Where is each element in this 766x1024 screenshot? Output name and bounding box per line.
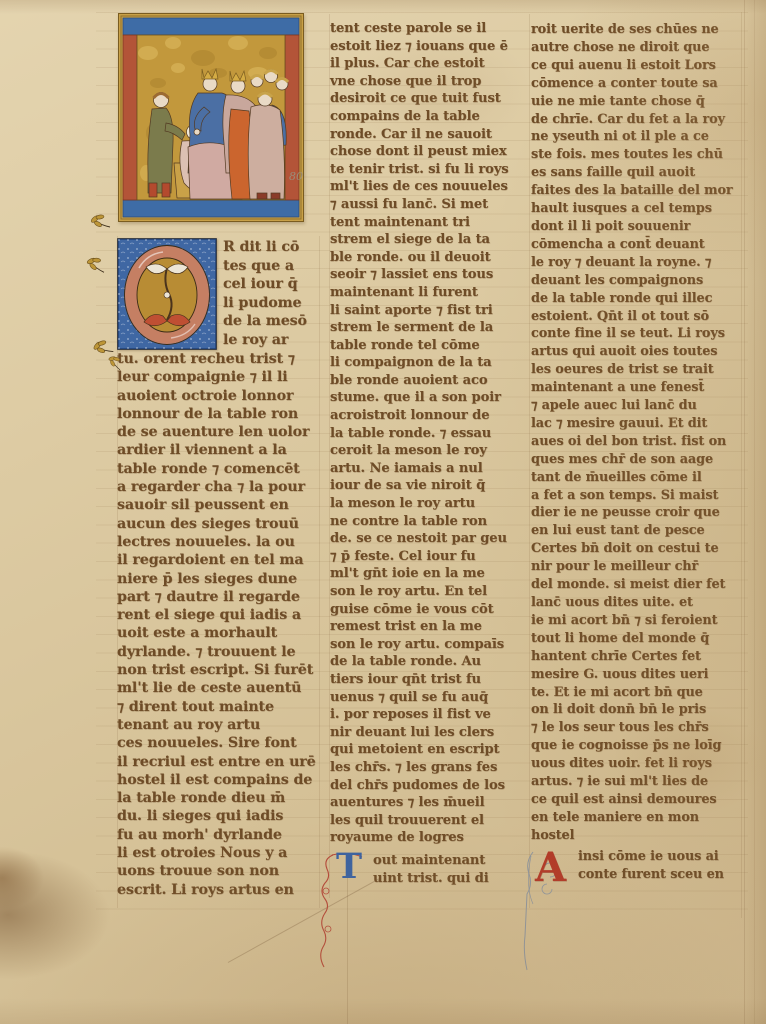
text-line: ie mi acort bn̄ ⁊ si feroient (531, 612, 741, 630)
text-line: son le roy artu. En tel (330, 583, 529, 601)
text-line: royaume de logres (330, 829, 529, 847)
text-line: ble ronde auoient aco (330, 372, 529, 390)
text-line: en tele maniere en mon (531, 809, 741, 827)
text-line: sauoir sil peussent en (117, 496, 321, 514)
column-1-lines: tu. orent recheu trist ⁊leur compaignie … (117, 350, 321, 899)
text-line: artus. ⁊ ie sui ml't lies de (531, 773, 741, 791)
text-line: li est otroies Nous y a (117, 844, 321, 862)
text-line: out maintenant (373, 852, 489, 870)
text-line: auentures ⁊ les m̄ueil (330, 794, 529, 812)
text-line: la table ronde dieu m̄ (117, 789, 321, 807)
text-line: ste fois. mes toutes les chū (531, 146, 741, 164)
text-line: niere p̄ les sieges dune (117, 570, 321, 588)
text-line: uous dites uoir. fet li roys (531, 755, 741, 773)
text-line: ques mes chr̄ de son aage (531, 451, 741, 469)
text-line: cel iour q̄ (223, 275, 307, 294)
text-line: ce quil est ainsi demoures (531, 791, 741, 809)
text-line: le roy ar (223, 331, 307, 350)
text-line: les oeures de trist se trait (531, 361, 741, 379)
text-line: ce qui auenu li estoit Lors (531, 57, 741, 75)
text-line: li compaignon de la ta (330, 354, 529, 372)
paragraph-lines: out maintenantuint trist. qui di (373, 852, 489, 887)
text-line: hantent chrīe Certes fet (531, 648, 741, 666)
text-line: te tenir trist. si fu li roys (330, 161, 529, 179)
text-line: compains de la table (330, 108, 529, 126)
ivy-sprig-icon (89, 213, 111, 235)
column-2-lines: tent ceste parole se ilestoit liez ⁊ iou… (330, 20, 529, 847)
text-line: ne contre la table ron (330, 513, 529, 531)
text-line: il plus. Car che estoit (330, 55, 529, 73)
text-line: a regarder cha ⁊ la pour (117, 478, 321, 496)
text-line: on li doit donn̄ bn̄ le pris (531, 701, 741, 719)
column-3-lines: roit uerite de ses chūes neautre chose n… (531, 21, 741, 845)
text-line: maintenant li furent (330, 284, 529, 302)
text-line: faites des la bataille del mor (531, 182, 741, 200)
text-line: rent el siege qui iadis a (117, 606, 321, 624)
text-line: li saint aporte ⁊ fist tri (330, 302, 529, 320)
text-line: cōmence a conter toute sa (531, 75, 741, 93)
opening-lines: R dit li cōtes que acel iour q̄li pudome… (223, 238, 307, 350)
text-column-2: tent ceste parole se ilestoit liez ⁊ iou… (330, 20, 529, 890)
ruling-line (529, 14, 530, 908)
text-line: roit uerite de ses chūes ne (531, 21, 741, 39)
pen-initial-A: A (531, 848, 573, 894)
text-line: tant de m̄ueilles cōme il (531, 469, 741, 487)
text-line: ronde. Car il ne sauoit (330, 126, 529, 144)
text-line: acroistroit lonnour de (330, 407, 529, 425)
text-line: chose dont il peust miex (330, 143, 529, 161)
text-line: hault iusques a cel temps (531, 200, 741, 218)
text-line: qui metoient en escript (330, 741, 529, 759)
text-line: tenant au roy artu (117, 716, 321, 734)
text-line: ces nouueles. Sire font (117, 734, 321, 752)
text-line: uenus ⁊ quil se fu auq̄ (330, 689, 529, 707)
text-line: li pudome (223, 294, 307, 313)
text-line: la meson le roy artu (330, 495, 529, 513)
text-line: les quil trouuerent el (330, 812, 529, 830)
text-line: ardier il viennent a la (117, 441, 321, 459)
text-line: de chrīe. Car du fet a la roy (531, 111, 741, 129)
text-line: uoit este a morhault (117, 624, 321, 642)
text-line: tent ceste parole se il (330, 20, 529, 38)
text-line: iour de sa vie niroit q̄ (330, 477, 529, 495)
text-line: ble ronde. ou il deuoit (330, 249, 529, 267)
text-line: ⁊ le los seur tous les chr̄s (531, 719, 741, 737)
text-line: remest trist en la me (330, 618, 529, 636)
text-line: il regardoient en tel ma (117, 551, 321, 569)
text-line: son le roy artu. compaīs (330, 636, 529, 654)
text-line: aucun des sieges trouū (117, 515, 321, 533)
initial-letter-T: T (336, 848, 362, 886)
text-line: la table ronde. ⁊ essau (330, 425, 529, 443)
text-line: il recriul est entre en urē (117, 753, 321, 771)
text-line: autre chose ne diroit que (531, 39, 741, 57)
text-line: cōmencha a cont̄ deuant (531, 236, 741, 254)
text-line: ⁊ apele auec lui lanc̄ du (531, 397, 741, 415)
text-line: ml't gn̄t ioie en la me (330, 565, 529, 583)
manuscript-page: 80 (0, 0, 766, 1024)
text-line: de la table ronde qui illec (531, 290, 741, 308)
text-line: R dit li cō (223, 238, 307, 257)
text-line: tent maintenant tri (330, 214, 529, 232)
text-line: dyrlande. ⁊ trouuent le (117, 643, 321, 661)
parchment-crease (744, 0, 745, 1024)
text-line: que ie cognoisse p̄s ne loīg (531, 737, 741, 755)
text-line: nir deuant lui les clers (330, 724, 529, 742)
text-column-3: roit uerite de ses chūes neautre chose n… (531, 21, 741, 894)
text-line: lanc̄ uous dites uite. et (531, 594, 741, 612)
text-line: ⁊ p̄ feste. Cel iour fu (330, 548, 529, 566)
text-line: insi cōme ie uous ai (578, 848, 724, 866)
text-line: seoir ⁊ lassiet ens tous (330, 266, 529, 284)
text-line: le roy ⁊ deuant la royne. ⁊ (531, 254, 741, 272)
text-line: lectres nouueles. la ou (117, 533, 321, 551)
text-line: hostel (531, 827, 741, 845)
text-line: leur compaignie ⁊ il li (117, 368, 321, 386)
text-line: ⁊ dirent tout mainte (117, 698, 321, 716)
text-line: ml't lie de ceste auentū (117, 679, 321, 697)
text-line: uint trist. qui di (373, 870, 489, 888)
text-line: uons trouue son non (117, 862, 321, 880)
text-line: escrit. Li roys artus en (117, 881, 321, 899)
miniature-court-scene (118, 13, 304, 222)
text-line: lac ⁊ mesire gauui. Et dit (531, 415, 741, 433)
text-line: tout li home del monde q̄ (531, 630, 741, 648)
monk-robe (248, 105, 284, 199)
text-line: del monde. si meist dier fet (531, 576, 741, 594)
text-line: es sans faille quil auoit (531, 164, 741, 182)
initial-letter-A: A (535, 845, 566, 891)
text-line: mesire G. uous dites ueri (531, 666, 741, 684)
ruling-line (741, 12, 742, 918)
parchment-crease (754, 0, 755, 1024)
text-line: non trist escript. Si furēt (117, 661, 321, 679)
text-line: artus qui auoit oies toutes (531, 343, 741, 361)
text-line: strem le serment de la (330, 319, 529, 337)
text-line: ⁊ aussi fu lanc̄. Si met (330, 196, 529, 214)
paragraph-initial-A: A insi cōme ie uous aiconte furent sceu … (531, 848, 741, 894)
text-line: deuant les compaignons (531, 272, 741, 290)
text-line: del chr̄s pudomes de los (330, 777, 529, 795)
text-line: vne chose que il trop (330, 73, 529, 91)
text-line: du. li sieges qui iadis (117, 807, 321, 825)
text-line: desiroit ce que tuit fust (330, 90, 529, 108)
text-line: ml't lies de ces nouueles (330, 178, 529, 196)
text-line: de la mesō (223, 312, 307, 331)
text-line: part ⁊ dautre il regarde (117, 588, 321, 606)
illuminated-initial-O (117, 238, 217, 350)
miniature-illustration (118, 13, 304, 222)
text-line: estoient. Qn̄t il ot tout sō (531, 308, 741, 326)
text-line: de se auenture len uolor (117, 423, 321, 441)
text-line: Certes bn̄ doit on cestui te (531, 540, 741, 558)
text-line: tu. orent recheu trist ⁊ (117, 350, 321, 368)
text-line: de. se ce nestoit par geu (330, 530, 529, 548)
text-line: strem el siege de la ta (330, 231, 529, 249)
text-line: les chr̄s. ⁊ les grans fes (330, 759, 529, 777)
text-line: ceroit la meson le roy (330, 442, 529, 460)
text-line: table ronde ⁊ comencēt (117, 460, 321, 478)
text-line: aues oi del bon trist. fist on (531, 433, 741, 451)
pen-initial-T: T (330, 852, 370, 890)
attendant-robe (148, 108, 173, 193)
text-line: conte furent sceu en (578, 866, 724, 884)
text-line: dier ie ne peusse croir que (531, 504, 741, 522)
text-line: fu au morh' dyrlande (117, 826, 321, 844)
text-line: i. por reposes il fist ve (330, 706, 529, 724)
text-line: auoient octroie lonnor (117, 387, 321, 405)
text-line: a fet a son temps. Si maist (531, 487, 741, 505)
paragraph-initial-T: T out maintenantuint trist. qui di (330, 852, 529, 890)
text-line: uie ne mie tante chose q̄ (531, 93, 741, 111)
text-line: ne yseuth ni ot il ple a ce (531, 128, 741, 146)
text-line: tes que a (223, 257, 307, 276)
text-line: artu. Ne iamais a nul (330, 460, 529, 478)
text-line: tiers iour qn̄t trist fu (330, 671, 529, 689)
text-line: guise cōme ie vous cōt (330, 601, 529, 619)
paragraph-lines: insi cōme ie uous aiconte furent sceu en (578, 848, 724, 884)
text-line: hostel il est compains de (117, 771, 321, 789)
text-line: conte fine il se teut. Li roys (531, 325, 741, 343)
text-line: stume. que il a son poir (330, 389, 529, 407)
text-line: table ronde tel cōme (330, 337, 529, 355)
text-column-1: R dit li cōtes que acel iour q̄li pudome… (117, 238, 321, 899)
text-line: de la table ronde. Au (330, 653, 529, 671)
text-line: nir pour le meilleur chr̄ (531, 558, 741, 576)
opening-paragraph: R dit li cōtes que acel iour q̄li pudome… (117, 238, 321, 350)
text-line: lonnour de la table ron (117, 405, 321, 423)
text-line: te. Et ie mi acort bn̄ que (531, 684, 741, 702)
text-line: maintenant a une fenest̄ (531, 379, 741, 397)
text-line: en lui eust tant de pesce (531, 522, 741, 540)
folio-annotation: 80 (289, 170, 303, 183)
text-line: dont il li poit souuenir (531, 218, 741, 236)
text-line: estoit liez ⁊ iouans que ē (330, 38, 529, 56)
